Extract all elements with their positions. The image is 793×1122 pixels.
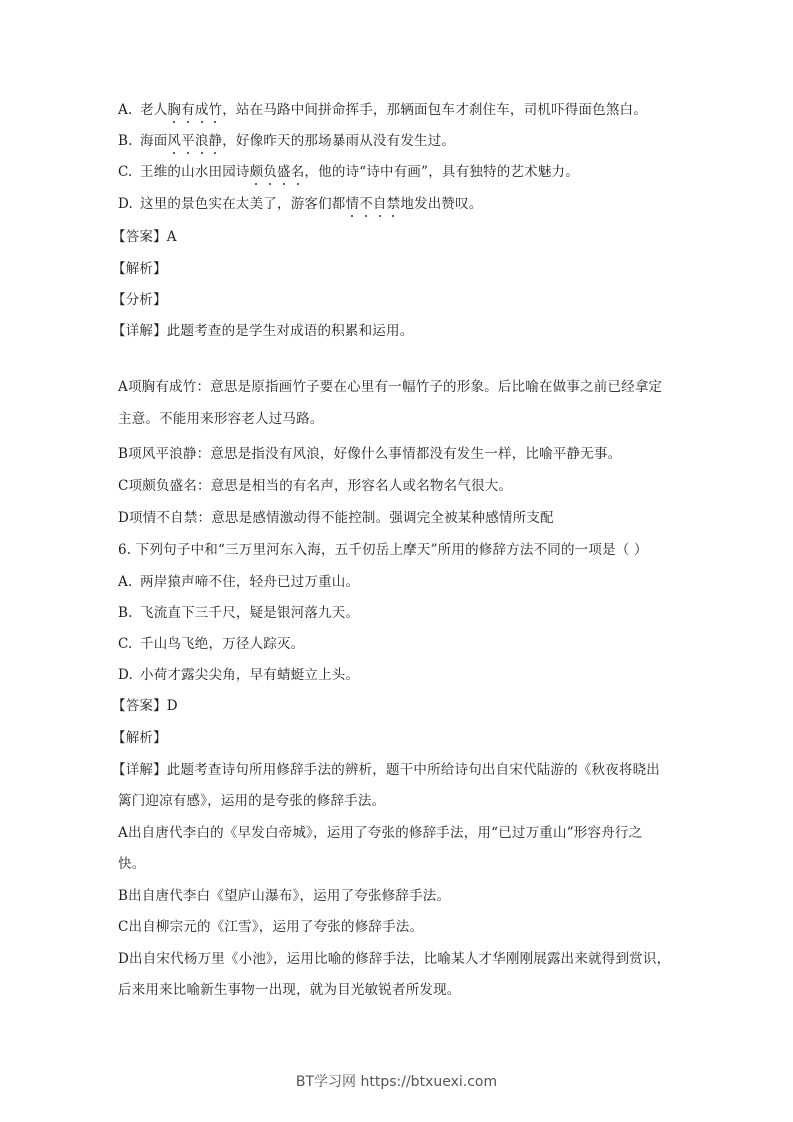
q6-option-c: C.千山鸟飞绝，万径人踪灭。: [118, 635, 304, 653]
q5-option-d: D.这里的景色实在太美了，游客们都情不自禁地发出赞叹。: [118, 195, 483, 213]
q6-analysis-heading: 【解析】: [112, 729, 167, 747]
q5-explanation-line: B项风平浪静：意思是指没有风浪，好像什么事情都没有发生一样，比喻平静无事。: [118, 445, 621, 463]
q6-detail-line: C出自柳宗元的《江雪》，运用了夸张的修辞手法。: [118, 918, 423, 936]
q5-fenxi-heading: 【分析】: [112, 291, 167, 309]
q6-stem: 6. 下列句子中和“三万里河东入海，五千仞岳上摩天”所用的修辞方法不同的一项是（…: [118, 541, 648, 559]
q6-detail-line: A出自唐代李白的《早发白帝城》，运用了夸张的修辞手法，用“已过万重山”形容舟行之: [118, 824, 642, 842]
q5-analysis-heading: 【解析】: [112, 260, 167, 278]
q5-option-b: B.海面风平浪静，好像昨天的那场暴雨从没有发生过。: [118, 132, 455, 150]
q6-answer: 【答案】D: [112, 697, 178, 715]
q6-detail-line: D出自宋代杨万里《小池》，运用比喻的修辞手法，比喻某人才华刚刚展露出来就得到赏识…: [118, 950, 670, 968]
q6-detail-line: 【详解】此题考查诗句所用修辞手法的辨析，题干中所给诗句出自宋代陆游的《秋夜将晓出: [112, 761, 660, 779]
q5-explanation-line: C项颇负盛名：意思是相当的有名声，形容名人或名物名气很大。: [118, 477, 512, 495]
q5-answer: 【答案】A: [112, 228, 177, 246]
q6-detail-line: B出自唐代李白《望庐山瀑布》，运用了夸张修辞手法。: [118, 887, 450, 905]
q5-detail: 【详解】此题考查的是学生对成语的积累和运用。: [112, 322, 413, 340]
footer-watermark: BT学习网 https://btxuexi.com: [0, 1071, 793, 1091]
q5-explanation-line: 主意。不能用来形容老人过马路。: [118, 410, 324, 428]
q6-detail-line: 后来用来比喻新生事物一出现，就为目光敏锐者所发现。: [118, 981, 461, 999]
q6-option-b: B.飞流直下三千尺，疑是银河落九天。: [118, 604, 359, 622]
q6-option-a: A.两岸猿声啼不住，轻舟已过万重山。: [118, 573, 359, 591]
q5-option-a: A.老人胸有成竹，站在马路中间拼命挥手，那辆面包车才刹住车，司机吓得面色煞白。: [118, 101, 647, 119]
q6-option-d: D.小荷才露尖尖角，早有蜻蜓立上头。: [118, 666, 359, 684]
q6-detail-line: 篱门迎凉有感》，运用的是夸张的修辞手法。: [118, 792, 385, 810]
q5-explanation-line: D项情不自禁：意思是感情激动得不能控制。强调完全被某种感情所支配: [118, 509, 554, 527]
q5-explanation-line: A项胸有成竹：意思是原指画竹子要在心里有一幅竹子的形象。后比喻在做事之前已经拿定: [118, 378, 662, 396]
q5-option-c: C.王维的山水田园诗颇负盛名，他的诗“诗中有画”，具有独特的艺术魅力。: [118, 163, 579, 181]
q6-detail-line: 快。: [118, 855, 145, 873]
